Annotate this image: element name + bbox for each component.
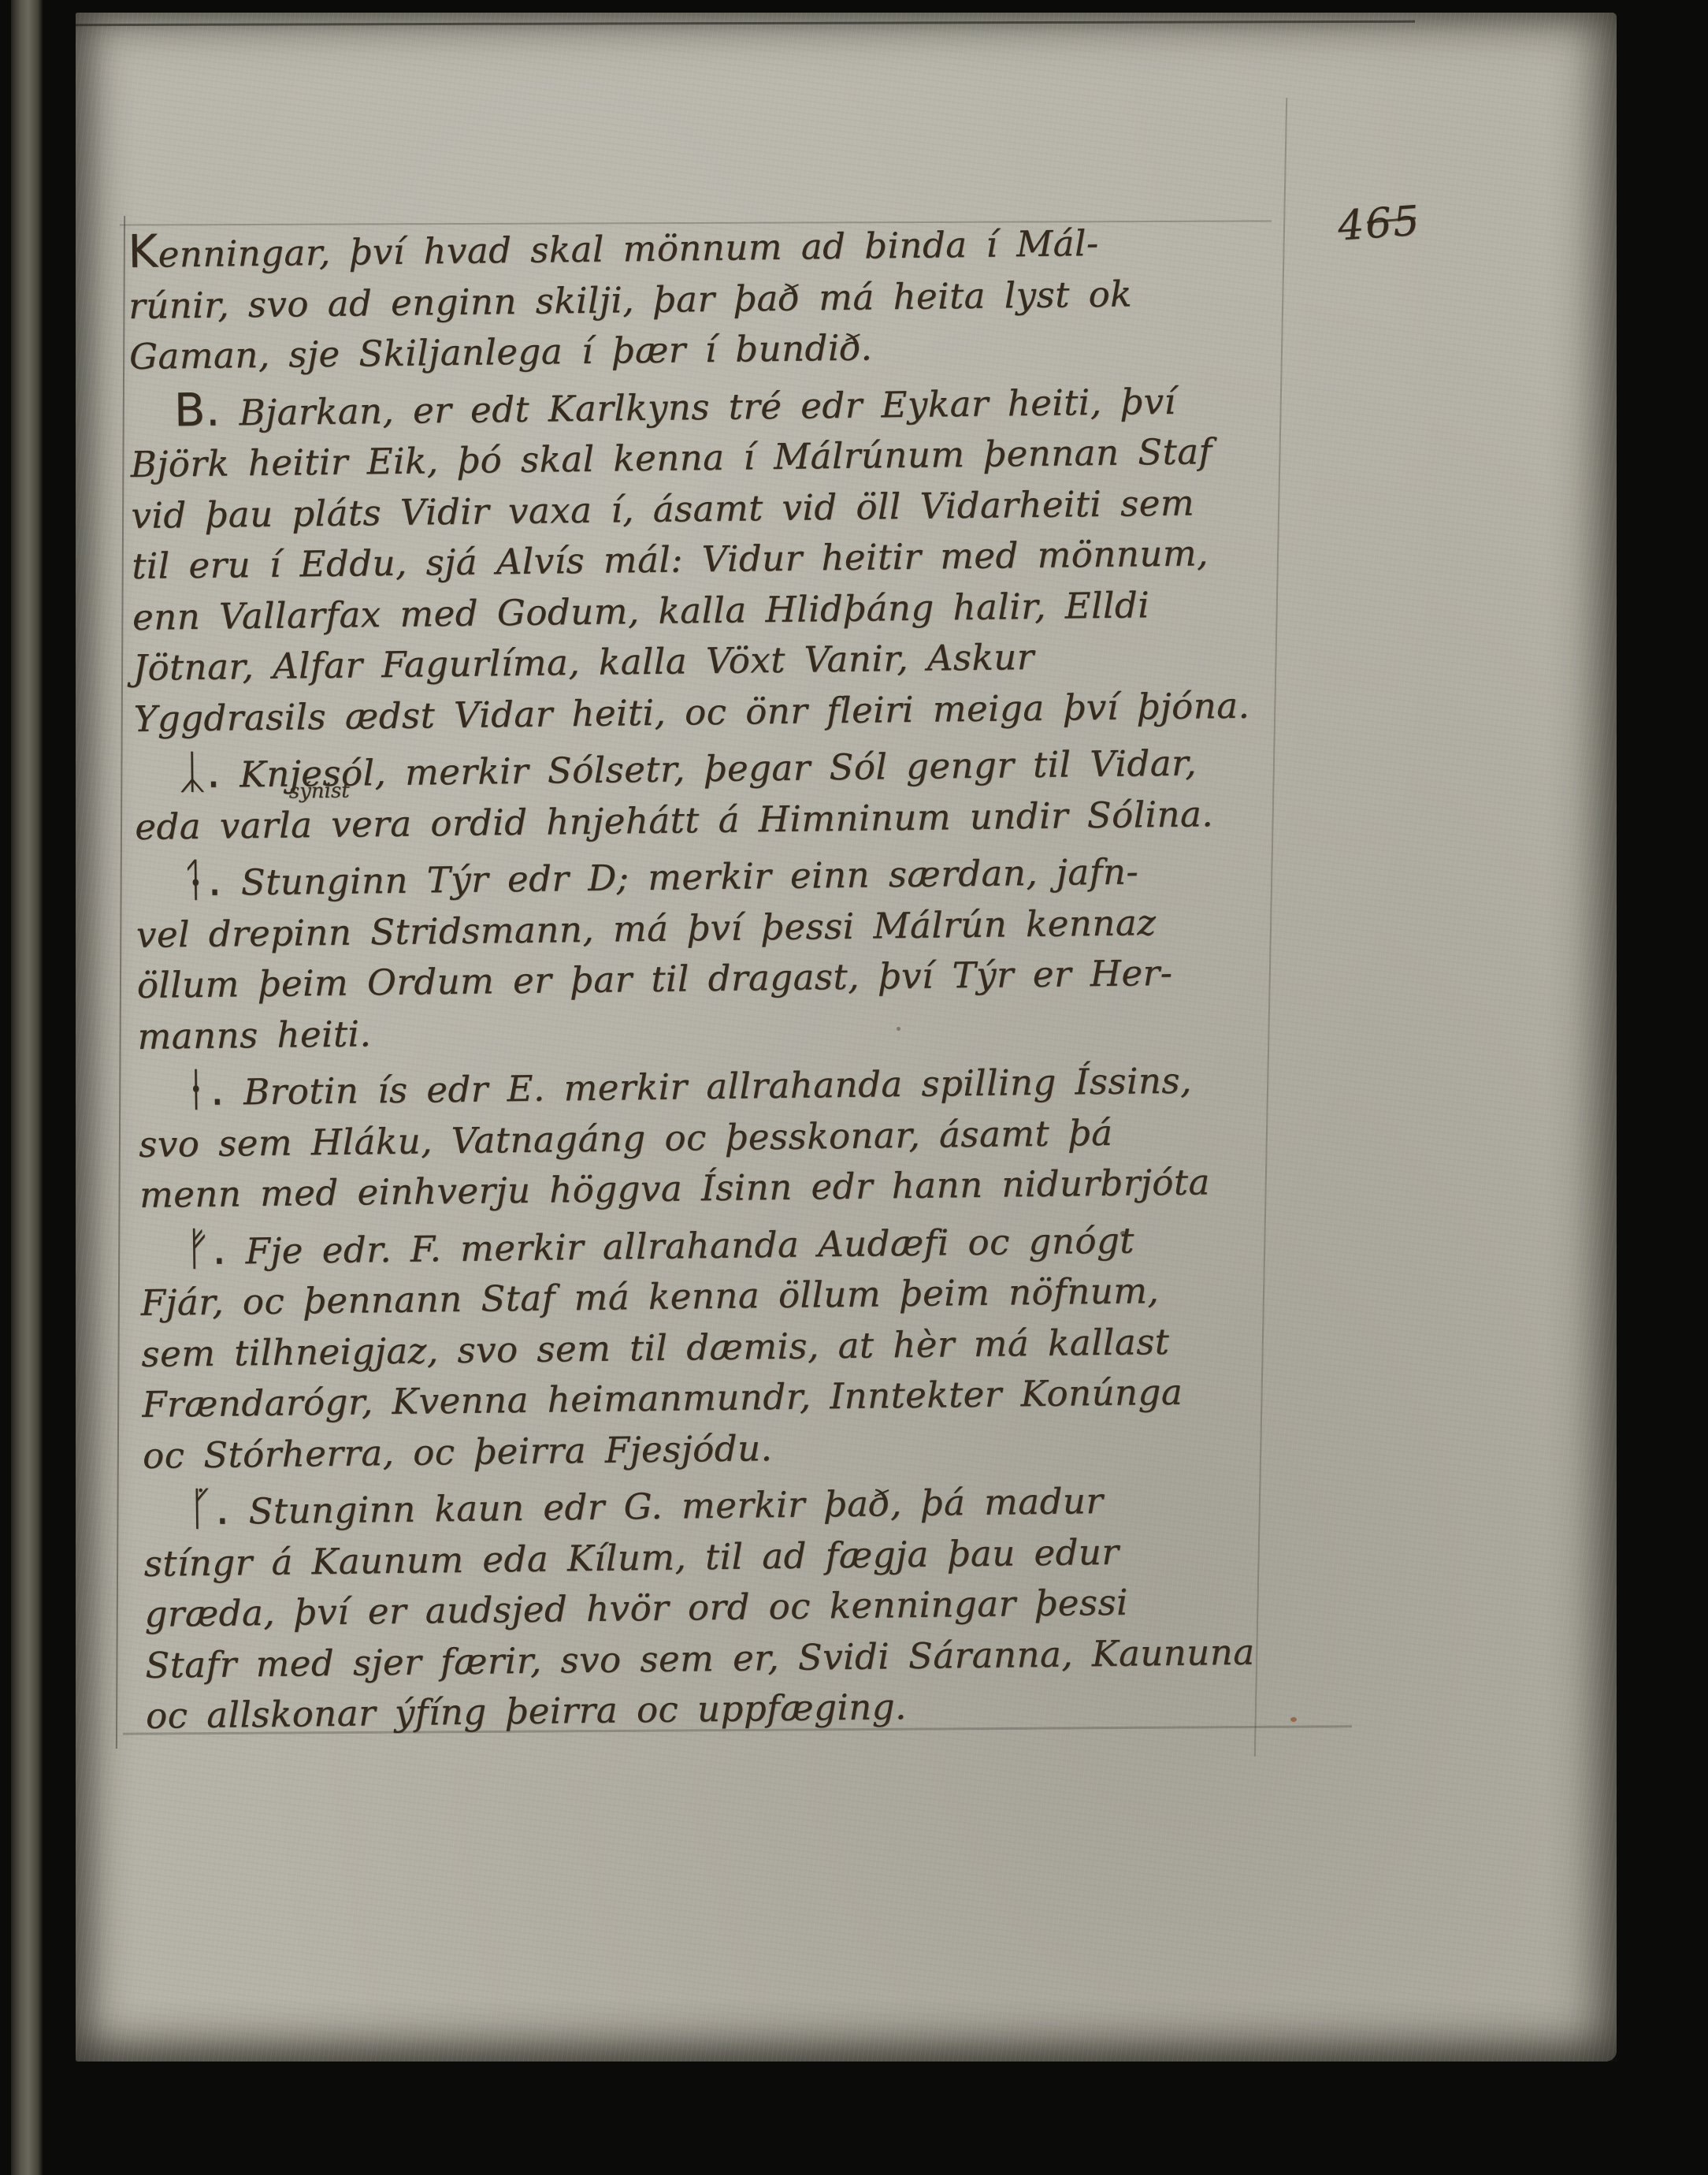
ink-speck: [1120, 1231, 1126, 1236]
page-number: 465: [1336, 197, 1422, 250]
ink-speck: [897, 1027, 900, 1031]
paragraph-kenningar-intro: Kenningar, því hvad skal mönnum ad binda…: [128, 213, 1311, 383]
handwritten-text: Kenningar, því hvad skal mönnum ad binda…: [128, 213, 1327, 1742]
paper-crease: [76, 20, 1415, 26]
ink-speck: [1290, 1717, 1297, 1722]
paragraph-stunginn-kaun: ᚵ. Stunginn kaun edr G. merkir það, þá m…: [143, 1470, 1327, 1742]
superscript-insertion: sýnist: [289, 780, 350, 801]
paragraph-brotinn-is: ᛂ. Brotin ís edr E. merkir allrahanda sp…: [138, 1051, 1321, 1221]
ruled-margin-left: [116, 216, 125, 1749]
writing-area: Kenningar, því hvad skal mönnum ad binda…: [128, 213, 1327, 1746]
manuscript-page: 465 Kenningar, því hvad skal mönnum ad b…: [76, 13, 1617, 2062]
paragraph-bjarkan: B. Bjarkan, er edt Karlkyns tré edr Eyka…: [129, 371, 1315, 745]
paragraph-stunginn-tyr: ᛑ. Stunginn Týr edr D; merkir einn særda…: [136, 842, 1320, 1062]
adjacent-page-edge: [11, 0, 43, 2175]
manuscript-scan: 465 Kenningar, því hvad skal mönnum ad b…: [0, 0, 1708, 2175]
paragraph-knjesol: ᛣ. Knjesól, merkir Sólsetr, þegar Sól ge…: [134, 734, 1317, 853]
paragraph-fje: ᚠ. Fje edr. F. merkir allrahanda Audæfi …: [139, 1210, 1324, 1482]
